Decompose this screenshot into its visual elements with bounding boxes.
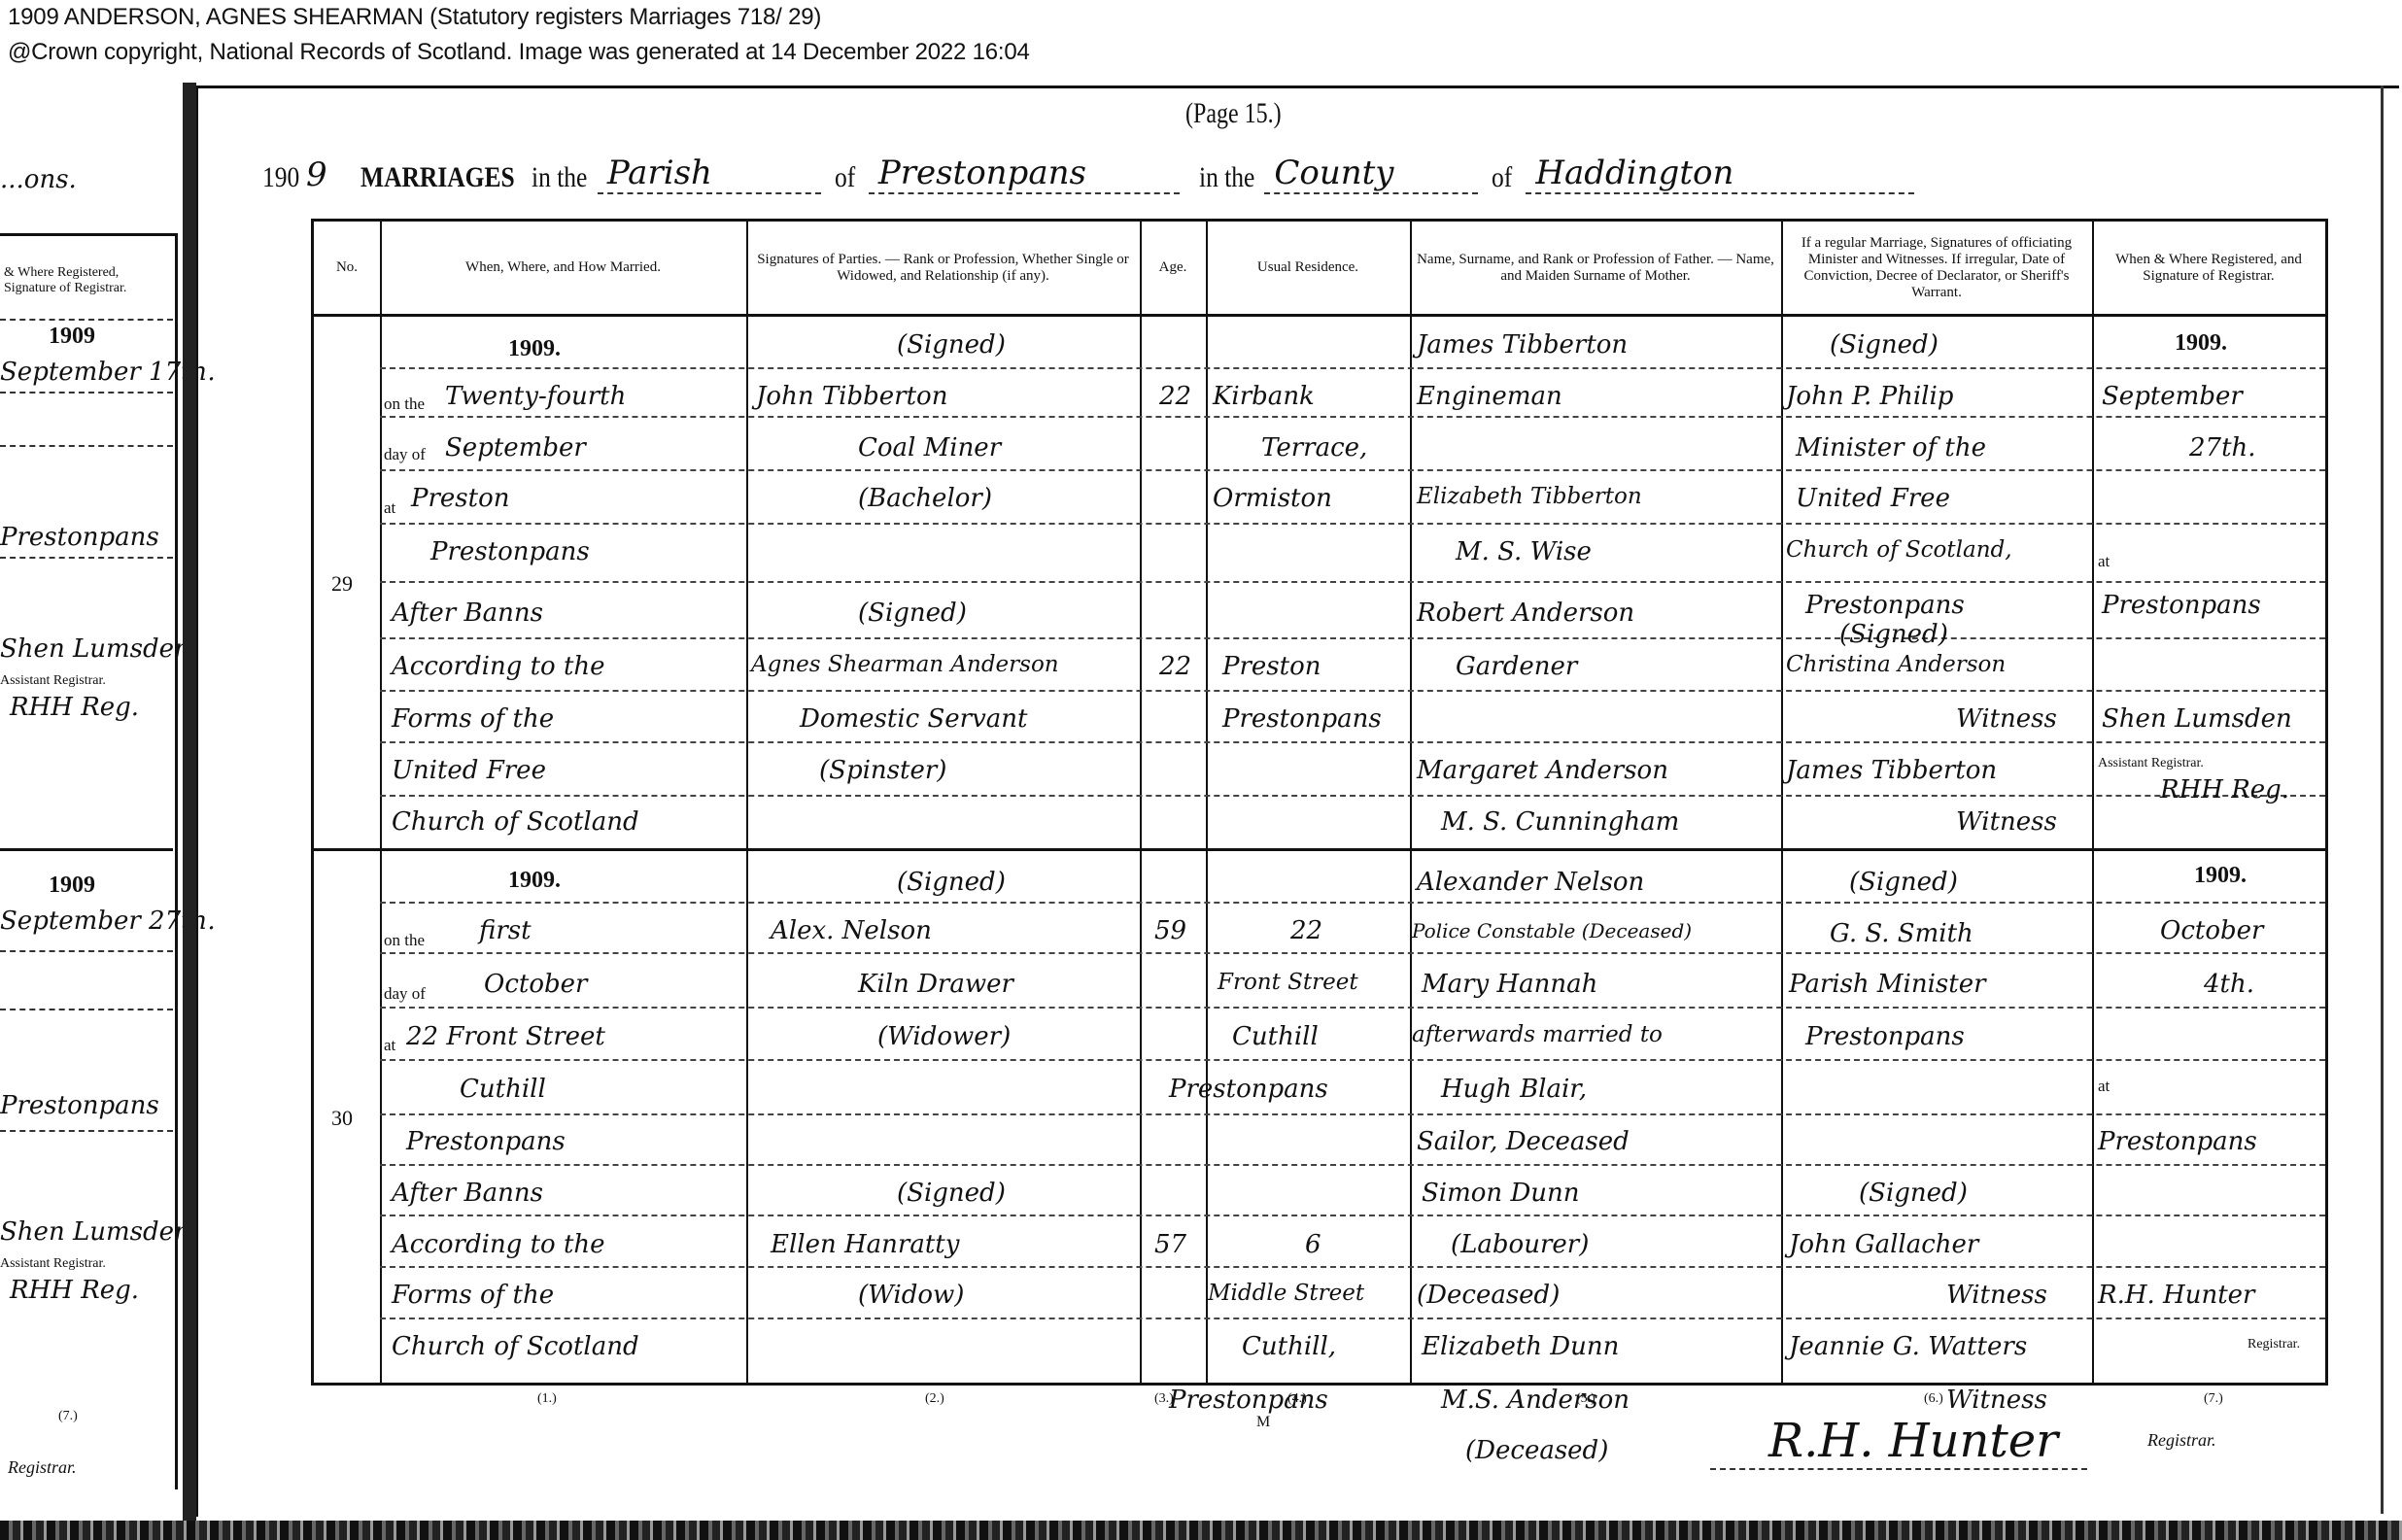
entry29-officiant-title2: United Free — [1796, 484, 1950, 513]
entry29-bride-signed: (Signed) — [858, 599, 967, 628]
margin-divider — [0, 319, 173, 321]
entry29-bride-age: 22 — [1159, 652, 1191, 681]
margin-divider — [0, 1130, 173, 1132]
entry29-how4: United Free — [392, 756, 546, 785]
entry29-groom-mother: Elizabeth Tibberton — [1417, 484, 1642, 509]
column-number: (7.) — [2204, 1391, 2223, 1407]
day-of-label: day of — [384, 445, 426, 464]
entry30-bride-mother-maiden: M.S. Anderson — [1441, 1386, 1630, 1415]
entry30-bride-mother-status: (Deceased) — [1465, 1436, 1608, 1465]
entry30-bride-residence3: Cuthill, — [1242, 1332, 1336, 1361]
margin-registrar-label: Registrar. — [8, 1457, 77, 1478]
record-title: 1909 ANDERSON, AGNES SHEARMAN (Statutory… — [8, 4, 821, 31]
entry30-officiant-title2: Prestonpans — [1805, 1022, 1965, 1051]
entry29-officiant-name: John P. Philip — [1786, 382, 1953, 411]
entry30-reg-day: 4th. — [2204, 970, 2254, 999]
row-rule — [380, 1059, 2325, 1061]
entry29-year: 1909. — [508, 336, 561, 362]
entry29-witness1: Christina Anderson — [1786, 652, 2006, 677]
row-rule — [380, 469, 2325, 471]
entry30-year: 1909. — [508, 868, 561, 894]
header-no: No. — [314, 222, 380, 314]
entry29-place1: Preston — [411, 484, 510, 513]
entry29-bride-father: Robert Anderson — [1417, 599, 1634, 628]
entry29-groom-residence2: Terrace, — [1261, 433, 1367, 462]
entry29-bride-father-rank: Gardener — [1456, 652, 1577, 681]
entry29-witness1-label: Witness — [1956, 704, 2057, 734]
entry29-bride-rank: Domestic Servant — [800, 704, 1027, 734]
year-printed: 190 — [262, 161, 299, 194]
entry30-witness-signed: (Signed) — [1859, 1179, 1968, 1208]
entry30-groom-mother: Mary Hannah — [1422, 970, 1597, 999]
entry29-bride-name: Agnes Shearman Anderson — [751, 652, 1059, 677]
margin-entry2-initials: RHH Reg. — [10, 1276, 139, 1305]
entry29-officiant-title3: Church of Scotland, — [1786, 537, 2012, 563]
entry29-groom-mother-maiden: M. S. Wise — [1456, 537, 1592, 566]
row-rule — [380, 1113, 2325, 1115]
entry30-groom-signed: (Signed) — [897, 868, 1006, 897]
in-the-label-2: in the — [1199, 161, 1254, 194]
entry29-reg-year: 1909. — [2175, 330, 2227, 357]
entry30-how2: According to the — [392, 1230, 605, 1259]
row-rule — [380, 902, 2325, 904]
margin-entry1-registrar-title: Assistant Registrar. — [0, 673, 106, 689]
margin-entry2-registrar-title: Assistant Registrar. — [0, 1256, 106, 1272]
county-type: County — [1264, 154, 1478, 194]
day-of-label: day of — [384, 984, 426, 1004]
entry29-place2: Prestonpans — [430, 537, 590, 566]
scan-edge-band — [0, 1521, 2402, 1540]
margin-divider — [0, 445, 173, 447]
entry29-groom-name: John Tibberton — [756, 382, 947, 411]
entry30-groom-residence2: Front Street — [1218, 970, 1358, 995]
registrar-signature: R.H. Hunter — [1710, 1414, 2087, 1470]
entry30-bride-father-status: (Deceased) — [1417, 1281, 1560, 1310]
column-divider — [1140, 222, 1142, 1383]
margin-top-fragment: ...ons. — [0, 165, 77, 194]
entry30-groom-residence1: 22 — [1290, 916, 1322, 945]
entry30-how4: Church of Scotland — [392, 1332, 639, 1361]
row-rule — [380, 741, 2325, 743]
header-usual-residence: Usual Residence. — [1206, 222, 1410, 314]
entry29-registrar-initials: RHH Reg. — [2160, 775, 2289, 804]
entry30-reg-at: at — [2098, 1077, 2110, 1096]
entry29-registrar-title: Assistant Registrar. — [2098, 756, 2204, 771]
row-rule — [380, 416, 2325, 418]
entry29-day: Twenty-fourth — [445, 382, 626, 411]
entry29-groom-father-rank: Engineman — [1417, 382, 1562, 411]
copyright-notice: @Crown copyright, National Records of Sc… — [8, 39, 1030, 66]
margin-divider — [0, 392, 173, 394]
entry29-groom-residence1: Kirbank — [1213, 382, 1315, 411]
entry-number: 30 — [331, 1106, 353, 1131]
column-number: (1.) — [537, 1391, 557, 1407]
header-registered: When & Where Registered, and Signature o… — [2092, 222, 2325, 314]
entry29-bride-status: (Spinster) — [819, 756, 946, 785]
at-label: at — [384, 498, 395, 518]
column-number: (3.) — [1154, 1391, 1174, 1407]
entry30-witness1-label: Witness — [1946, 1281, 2047, 1310]
entry29-officiant-signed: (Signed) — [1830, 330, 1939, 359]
entry30-bride-status: (Widow) — [858, 1281, 964, 1310]
header-rule — [314, 314, 2325, 317]
column-divider — [1410, 222, 1412, 1383]
entry29-registrar: Shen Lumsden — [2102, 704, 2292, 734]
entry30-bride-mother: Elizabeth Dunn — [1422, 1332, 1619, 1361]
entry30-officiant-signed: (Signed) — [1849, 868, 1958, 897]
row-rule — [380, 1215, 2325, 1216]
entry30-reg-place: Prestonpans — [2098, 1127, 2257, 1156]
entry30-bride-residence2: Middle Street — [1208, 1281, 1364, 1306]
row-rule — [380, 367, 2325, 369]
entry30-groom-age: 59 — [1154, 916, 1186, 945]
entry29-officiant-title1: Minister of the — [1796, 433, 1986, 462]
entry29-reg-month: September — [2102, 382, 2243, 411]
at-label: at — [384, 1036, 395, 1055]
entry30-how1: After Banns — [392, 1179, 543, 1208]
registrar-label: Registrar. — [2147, 1430, 2216, 1451]
margin-entry2-place: Prestonpans — [0, 1091, 159, 1120]
register-title: 190 9 MARRIAGES in the Parish of Preston… — [262, 146, 1914, 194]
entry30-groom-mother-line2: afterwards married to — [1412, 1022, 1663, 1047]
entry30-witness2: Jeannie G. Watters — [1789, 1332, 2027, 1361]
entry30-groom-father: Alexander Nelson — [1417, 868, 1644, 897]
row-rule — [380, 581, 2325, 583]
entry30-witness2-label: Witness — [1946, 1386, 2047, 1415]
entry30-bride-age: 57 — [1154, 1230, 1186, 1259]
entry30-groom-rank: Kiln Drawer — [858, 970, 1013, 999]
column-divider — [380, 222, 382, 1383]
margin-divider — [0, 557, 173, 559]
entry30-officiant-name: G. S. Smith — [1830, 919, 1973, 948]
marriage-register-table: No. When, Where, and How Married. Signat… — [311, 219, 2328, 1386]
entry30-place1: 22 Front Street — [406, 1022, 605, 1051]
entry29-groom-status: (Bachelor) — [858, 484, 992, 513]
margin-entry-divider — [0, 848, 173, 851]
column-divider — [746, 222, 748, 1383]
entry29-groom-signed: (Signed) — [897, 330, 1006, 359]
column-divider — [2092, 222, 2094, 1383]
row-rule — [380, 952, 2325, 954]
margin-entry2-year: 1909 — [49, 873, 95, 899]
entry30-month: October — [484, 970, 587, 999]
page-number: (Page 15.) — [1185, 97, 1282, 130]
column-divider — [1781, 222, 1783, 1383]
of-label-2: of — [1492, 161, 1512, 194]
row-rule — [380, 523, 2325, 525]
entry-divider — [314, 848, 2325, 851]
header-parents: Name, Surname, and Rank or Profession of… — [1410, 222, 1781, 314]
entry29-witness-signed: (Signed) — [1839, 620, 1948, 649]
row-rule — [380, 1318, 2325, 1319]
entry29-how5: Church of Scotland — [392, 807, 639, 837]
entry29-witness2-label: Witness — [1956, 807, 2057, 837]
entry29-groom-father: James Tibberton — [1417, 330, 1628, 359]
entry30-place2: Cuthill — [460, 1075, 546, 1104]
header-age: Age. — [1140, 222, 1206, 314]
entry30-bride-name: Ellen Hanratty — [771, 1230, 959, 1259]
entry29-reg-at: at — [2098, 552, 2110, 571]
on-the-label: on the — [384, 931, 425, 950]
entry30-witness1: John Gallacher — [1789, 1230, 1978, 1259]
entry30-registrar-title: Registrar. — [2248, 1337, 2300, 1352]
column-number: (5.) — [1576, 1391, 1596, 1407]
entry29-how1: After Banns — [392, 599, 543, 628]
of-label: of — [835, 161, 855, 194]
column-number: (6.) — [1924, 1391, 1943, 1407]
margin-entry1-registrar: Shen Lumsden — [0, 634, 190, 664]
county-name: Haddington — [1526, 154, 1914, 194]
entry29-how3: Forms of the — [392, 704, 554, 734]
entry30-groom-name: Alex. Nelson — [771, 916, 932, 945]
row-rule — [380, 1007, 2325, 1009]
entry30-day: first — [479, 916, 532, 945]
entry29-bride-mother: Margaret Anderson — [1417, 756, 1668, 785]
previous-page-margin: ...ons. & Where Registered, Signature of… — [0, 87, 183, 1525]
row-rule — [380, 1164, 2325, 1166]
entry30-officiant-title1: Parish Minister — [1789, 970, 1986, 999]
entry29-reg-day: 27th. — [2189, 433, 2256, 462]
entry30-groom-mother-line4: Sailor, Deceased — [1417, 1127, 1630, 1156]
entry30-groom-father-rank: Police Constable (Deceased) — [1412, 919, 1692, 942]
entry29-reg-place: Prestonpans — [2102, 591, 2261, 620]
entry29-officiant-title4: Prestonpans — [1805, 591, 1965, 620]
entry30-groom-residence3: Cuthill — [1232, 1022, 1319, 1051]
entry29-bride-mother-maiden: M. S. Cunningham — [1441, 807, 1679, 837]
header-minister-witnesses: If a regular Marriage, Signatures of off… — [1781, 222, 2092, 314]
entry30-groom-mother-line3: Hugh Blair, — [1441, 1075, 1587, 1104]
entry30-bride-residence1: 6 — [1305, 1230, 1321, 1259]
column-number: (2.) — [925, 1391, 944, 1407]
margin-entry1-year: 1909 — [49, 324, 95, 350]
entry30-how3: Forms of the — [392, 1281, 554, 1310]
page-right-edge — [2381, 86, 2384, 1514]
entry30-groom-status: (Widower) — [877, 1022, 1011, 1051]
row-rule — [380, 690, 2325, 692]
entry30-groom-residence4: Prestonpans — [1169, 1075, 1328, 1104]
page-mark: M — [1256, 1414, 1270, 1431]
header-signatures-of-parties: Signatures of Parties. — Rank or Profess… — [746, 222, 1140, 314]
marriages-label: MARRIAGES — [360, 161, 515, 194]
entry29-how2: According to the — [392, 652, 605, 681]
page-spine — [183, 83, 196, 1521]
margin-column-number: (7.) — [58, 1409, 78, 1424]
row-rule — [380, 637, 2325, 639]
on-the-label: on the — [384, 394, 425, 414]
district-name: Prestonpans — [869, 154, 1180, 194]
entry30-reg-month: October — [2160, 916, 2263, 945]
entry30-bride-father-rank: (Labourer) — [1451, 1230, 1589, 1259]
year-handwritten: 9 — [306, 155, 341, 194]
margin-column-header: & Where Registered, Signature of Registr… — [4, 265, 169, 296]
margin-entry1-initials: RHH Reg. — [10, 693, 139, 722]
entry29-groom-age: 22 — [1159, 382, 1191, 411]
entry30-registrar: R.H. Hunter — [2098, 1281, 2254, 1310]
entry29-groom-rank: Coal Miner — [858, 433, 1001, 462]
header-when-where-how: When, Where, and How Married. — [380, 222, 746, 314]
column-divider — [1206, 222, 1208, 1383]
row-rule — [380, 1266, 2325, 1268]
margin-divider — [0, 950, 173, 952]
margin-divider — [0, 1009, 173, 1010]
entry30-reg-year: 1909. — [2194, 863, 2247, 889]
in-the-label: in the — [532, 161, 587, 194]
entry30-bride-father: Simon Dunn — [1422, 1179, 1580, 1208]
row-rule — [380, 795, 2325, 797]
entry30-place3: Prestonpans — [406, 1127, 566, 1156]
entry29-month: September — [445, 433, 586, 462]
margin-column-box: & Where Registered, Signature of Registr… — [0, 233, 178, 1489]
entry30-bride-signed: (Signed) — [897, 1179, 1006, 1208]
entry29-bride-residence2: Prestonpans — [1222, 704, 1382, 734]
margin-entry2-registrar: Shen Lumsden — [0, 1217, 190, 1247]
district-type: Parish — [598, 154, 821, 194]
entry29-witness2: James Tibberton — [1786, 756, 1997, 785]
entry29-groom-residence3: Ormiston — [1213, 484, 1332, 513]
entry-number: 29 — [331, 571, 353, 597]
margin-entry1-place: Prestonpans — [0, 523, 159, 552]
entry29-bride-residence1: Preston — [1222, 652, 1321, 681]
column-number: (4.) — [1287, 1391, 1307, 1407]
